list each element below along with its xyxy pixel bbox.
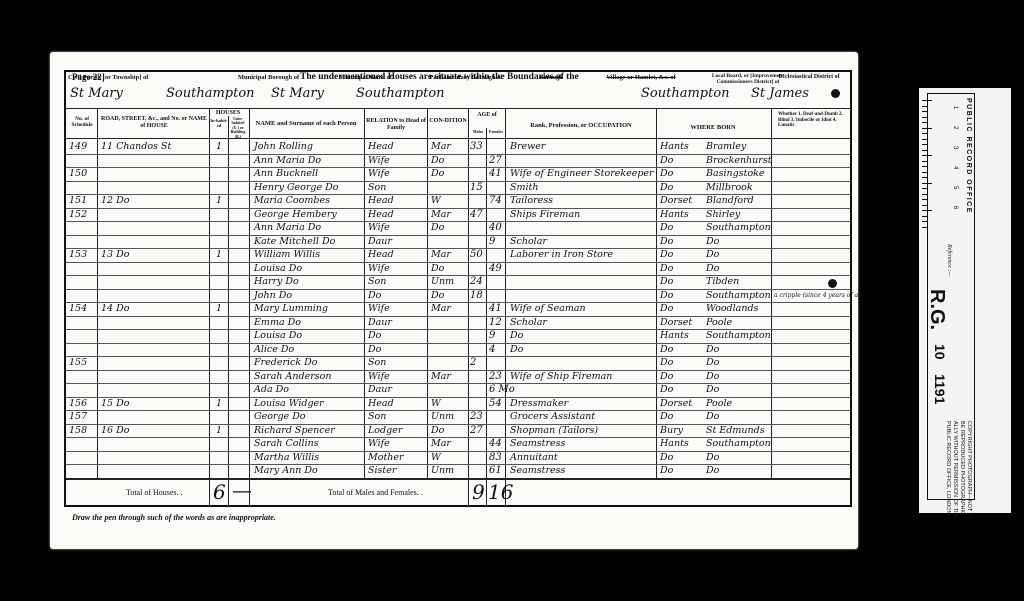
ruler-tick [922, 117, 928, 118]
col-occupation: Rank, Profession, or OCCUPATION [506, 122, 656, 129]
condition-cell: W [431, 194, 441, 208]
total-houses-uninhabited: — [232, 478, 252, 502]
occupation-cell: Wife of Engineer Storekeeper [510, 167, 654, 181]
relation-cell: Son [368, 356, 386, 370]
born-place-cell: Basingstoke [706, 167, 765, 181]
born-county-cell: Hants [660, 329, 689, 343]
born-county-cell: Do [660, 464, 673, 478]
born-place-cell: Do [706, 464, 719, 478]
condition-cell: Do [431, 262, 444, 276]
schedule-cell: 156 [69, 397, 87, 411]
road-cell: 15 Do [101, 397, 129, 411]
born-place-cell: Tibden [706, 275, 739, 289]
female-age-cell: 41 [489, 302, 502, 316]
name-cell: Kate Mitchell Do [254, 235, 335, 249]
row-rule [66, 410, 850, 411]
folio-number: 1191 [932, 374, 948, 404]
name-cell: George Hembery [254, 208, 337, 222]
schedule-cell: 157 [69, 410, 87, 424]
condition-cell: Do [431, 154, 444, 168]
female-age-cell: 40 [489, 221, 502, 235]
scale-cm-label: 2 [952, 126, 958, 129]
relation-cell: Lodger [368, 424, 402, 438]
relation-cell: Daur [368, 383, 392, 397]
inhabited-cell: 1 [216, 424, 222, 438]
female-age-cell: 6 Mo [489, 383, 515, 397]
occupation-cell: Wife of Seaman [510, 302, 586, 316]
relation-cell: Son [368, 181, 386, 195]
name-cell: Frederick Do [254, 356, 317, 370]
female-age-cell: 41 [489, 167, 502, 181]
road-cell: 16 Do [101, 424, 129, 438]
occupation-cell: Tailoress [510, 194, 553, 208]
name-cell: Martha Willis [254, 451, 319, 465]
born-place-cell: Woodlands [706, 302, 758, 316]
header-label-ecclesiastical-district: Ecclesiastical District of [766, 74, 852, 81]
born-county-cell: Do [660, 451, 673, 465]
ruler-tick [922, 106, 928, 107]
municipal-borough-value: Southampton [166, 86, 255, 101]
relation-cell: Head [368, 397, 394, 411]
inhabited-cell: 1 [216, 140, 222, 154]
born-place-cell: Southampton [706, 289, 771, 303]
ruler-tick [922, 133, 928, 134]
parliamentary-borough-value: Southampton [356, 86, 445, 101]
header-label-village: Village or Hamlet, &c. of [586, 74, 696, 81]
relation-cell: Son [368, 410, 386, 424]
scale-cm-label: 5 [952, 186, 958, 189]
occupation-cell: Ships Fireman [510, 208, 580, 222]
female-age-cell: 44 [489, 437, 502, 451]
name-cell: Louisa Widger [254, 397, 324, 411]
infirmity-cell: a cripple (since 4 years of age) [774, 289, 868, 303]
female-age-cell: 74 [489, 194, 502, 208]
schedule-cell: 155 [69, 356, 87, 370]
male-age-cell: 33 [470, 140, 483, 154]
condition-cell: Do [431, 167, 444, 181]
relation-cell: Wife [368, 302, 390, 316]
ruler-tick [922, 144, 928, 145]
inhabited-cell: 1 [216, 194, 222, 208]
ruler-tick [922, 216, 928, 217]
name-cell: Louisa Do [254, 329, 302, 343]
born-place-cell: Millbrook [706, 181, 753, 195]
born-county-cell: Do [660, 248, 673, 262]
inhabited-cell: 1 [216, 302, 222, 316]
ruler-tick [922, 172, 928, 173]
ruler-tick [922, 199, 928, 200]
occupation-cell: Do [510, 343, 523, 357]
row-rule [66, 262, 850, 263]
relation-cell: Wife [368, 370, 390, 384]
ruler-tick [922, 166, 928, 167]
row-rule [66, 383, 850, 384]
female-age-cell: 27 [489, 154, 502, 168]
born-place-cell: Do [706, 235, 719, 249]
condition-cell: Mar [431, 140, 451, 154]
col-condition: CON-DITION [428, 118, 468, 125]
born-county-cell: Hants [660, 140, 689, 154]
inhabited-cell: 1 [216, 397, 222, 411]
born-county-cell: Do [660, 410, 673, 424]
condition-cell: W [431, 451, 441, 465]
inhabited-cell: 1 [216, 248, 222, 262]
relation-cell: Wife [368, 167, 390, 181]
road-cell: 11 Chandos St [101, 140, 171, 154]
born-place-cell: St Edmunds [706, 424, 765, 438]
born-county-cell: Do [660, 343, 673, 357]
ruler-tick [922, 183, 932, 184]
name-cell: Emma Do [254, 316, 301, 330]
total-houses-label: Total of Houses. . [126, 488, 183, 497]
ruler-tick [922, 227, 928, 228]
born-county-cell: Dorset [660, 397, 692, 411]
born-place-cell: Do [706, 248, 719, 262]
occupation-cell: Smith [510, 181, 539, 195]
relation-cell: Wife [368, 221, 390, 235]
reference-frame: PUBLIC RECORD OFFICE Reference :— R.G. 1… [927, 93, 975, 500]
row-rule [66, 397, 850, 398]
relation-cell: Wife [368, 154, 390, 168]
ruler-tick [922, 128, 932, 129]
born-place-cell: Blandford [706, 194, 754, 208]
born-place-cell: Bramley [706, 140, 746, 154]
male-age-cell: 24 [470, 275, 483, 289]
female-age-cell: 23 [489, 370, 502, 384]
schedule-cell: 149 [69, 140, 87, 154]
occupation-cell: Brewer [510, 140, 545, 154]
female-age-cell: 12 [489, 316, 502, 330]
born-place-cell: Do [706, 370, 719, 384]
road-cell: 12 Do [101, 194, 129, 208]
born-place-cell: Poole [706, 316, 732, 330]
name-cell: George Do [254, 410, 306, 424]
condition-cell: Unm [431, 410, 454, 424]
born-county-cell: Do [660, 275, 673, 289]
relation-cell: Wife [368, 262, 390, 276]
female-age-cell: 9 [489, 329, 495, 343]
born-county-cell: Do [660, 154, 673, 168]
female-age-cell: 61 [489, 464, 502, 478]
condition-cell: W [431, 397, 441, 411]
born-county-cell: Do [660, 302, 673, 316]
condition-cell: Unm [431, 464, 454, 478]
born-county-cell: Do [660, 356, 673, 370]
born-place-cell: Southampton [706, 437, 771, 451]
name-cell: Sarah Anderson [254, 370, 331, 384]
ruler-tick [922, 194, 928, 195]
col-inhabited: In-habit-ed [210, 119, 228, 129]
condition-cell: Mar [431, 302, 451, 316]
reference-label: Reference :— [946, 244, 952, 277]
total-males: 9 [472, 480, 485, 504]
occupation-cell: Scholar [510, 235, 547, 249]
born-place-cell: Shirley [706, 208, 740, 222]
schedule-cell: 154 [69, 302, 87, 316]
relation-cell: Do [368, 343, 381, 357]
ruler-tick [922, 111, 928, 112]
male-age-cell: 23 [470, 410, 483, 424]
schedule-cell: 150 [69, 167, 87, 181]
born-county-cell: Dorset [660, 316, 692, 330]
name-cell: Louisa Do [254, 262, 302, 276]
relation-cell: Daur [368, 235, 392, 249]
born-county-cell: Hants [660, 208, 689, 222]
name-cell: Ann Bucknell [254, 167, 318, 181]
male-age-cell: 2 [470, 356, 476, 370]
census-page: Page 22] The undermentioned Houses are s… [50, 52, 858, 549]
female-age-cell: 4 [489, 343, 495, 357]
scale-cm-label: 1 [952, 106, 958, 109]
occupation-cell: Dressmaker [510, 397, 568, 411]
relation-cell: Do [368, 289, 381, 303]
ruler-tick [922, 139, 928, 140]
male-age-cell: 50 [470, 248, 483, 262]
reference-strip: PUBLIC RECORD OFFICE Reference :— R.G. 1… [919, 88, 1011, 513]
occupation-cell: Wife of Ship Fireman [510, 370, 612, 384]
col-males: Males [469, 130, 487, 134]
name-cell: Mary Lumming [254, 302, 328, 316]
condition-cell: Do [431, 221, 444, 235]
born-place-cell: Southampton [706, 221, 771, 235]
piece-number: 10 [932, 344, 948, 360]
relation-cell: Sister [368, 464, 396, 478]
name-cell: Ann Maria Do [254, 221, 321, 235]
born-place-cell: Poole [706, 397, 732, 411]
name-cell: Ada Do [254, 383, 289, 397]
relation-cell: Head [368, 194, 394, 208]
footnote: Draw the pen through such of the words a… [72, 513, 276, 522]
born-county-cell: Do [660, 235, 673, 249]
male-age-cell: 27 [470, 424, 483, 438]
record-office-label: PUBLIC RECORD OFFICE [965, 98, 972, 214]
copyright-notice: COPYRIGHT PHOTOGRAPH—NOT TO BE REPRODUCE… [944, 421, 972, 520]
schedule-cell: 151 [69, 194, 87, 208]
relation-cell: Daur [368, 316, 392, 330]
relation-cell: Head [368, 208, 394, 222]
total-houses-inhabited: 6 [213, 480, 226, 504]
occupation-cell: Grocers Assistant [510, 410, 595, 424]
ruler-tick [922, 177, 928, 178]
header-label-civil-parish: Civil Parish [or Township] of [68, 74, 218, 81]
condition-cell: Mar [431, 437, 451, 451]
col-uninhabited: Unin-habited (U.) or Building (B.) [228, 117, 248, 139]
male-age-cell: 47 [470, 208, 483, 222]
row-rule [66, 464, 850, 465]
ecclesiastical-district-value: St James [751, 86, 809, 101]
header-label-parliamentary-borough: Parliamentary Borough of [416, 74, 516, 81]
col-age: AGE of [469, 112, 505, 119]
born-county-cell: Dorset [660, 194, 692, 208]
civil-parish-value: St Mary [70, 86, 123, 101]
born-place-cell: Do [706, 356, 719, 370]
occupation-cell: Annuitant [510, 451, 558, 465]
female-age-cell: 9 [489, 235, 495, 249]
municipal-ward-value: St Mary [271, 86, 324, 101]
ruler-tick [922, 150, 928, 151]
female-age-cell: 83 [489, 451, 502, 465]
occupation-cell: Seamstress [510, 437, 565, 451]
total-persons-label: Total of Males and Females. . [328, 488, 423, 497]
schedule-cell: 158 [69, 424, 87, 438]
occupation-cell: Laborer in Iron Store [510, 248, 613, 262]
born-county-cell: Do [660, 262, 673, 276]
name-cell: William Willis [254, 248, 320, 262]
born-county-cell: Do [660, 289, 673, 303]
occupation-cell: Shopman (Tailors) [510, 424, 598, 438]
series-code: R.G. [925, 289, 948, 330]
born-county-cell: Bury [660, 424, 683, 438]
name-cell: Richard Spencer [254, 424, 335, 438]
relation-cell: Wife [368, 437, 390, 451]
name-cell: Henry George Do [254, 181, 338, 195]
relation-cell: Do [368, 329, 381, 343]
born-county-cell: Hants [660, 437, 689, 451]
header-label-municipal-borough: Municipal Borough of [221, 74, 316, 81]
born-place-cell: Do [706, 451, 719, 465]
row-rule [66, 370, 850, 371]
col-females: Females [487, 130, 505, 134]
born-county-cell: Do [660, 181, 673, 195]
condition-cell: Mar [431, 208, 451, 222]
relation-cell: Head [368, 248, 394, 262]
condition-cell: Do [431, 424, 444, 438]
condition-cell: Do [431, 289, 444, 303]
ruler-tick [922, 100, 932, 101]
row-rule [66, 356, 850, 357]
ruler-tick [922, 155, 932, 156]
ruler-tick [922, 210, 932, 211]
born-county-cell: Do [660, 167, 673, 181]
born-county-cell: Do [660, 221, 673, 235]
name-cell: John Rolling [254, 140, 313, 154]
name-cell: Harry Do [254, 275, 299, 289]
male-age-cell: 15 [470, 181, 483, 195]
scale-cm-label: 3 [952, 146, 958, 149]
col-relation: RELATION to Head of Family [366, 118, 426, 131]
row-rule [66, 248, 850, 249]
born-place-cell: Do [706, 262, 719, 276]
header-label-municipal-ward: Municipal Ward of [318, 74, 413, 81]
born-place-cell: Brockenhurst [706, 154, 772, 168]
born-county-cell: Do [660, 383, 673, 397]
ruler-tick [922, 122, 928, 123]
total-females: 16 [488, 480, 513, 504]
relation-cell: Son [368, 275, 386, 289]
born-place-cell: Do [706, 343, 719, 357]
name-cell: Mary Ann Do [254, 464, 318, 478]
col-schedule: No. of Schedule [67, 116, 97, 128]
female-age-cell: 54 [489, 397, 502, 411]
road-cell: 14 Do [101, 302, 129, 316]
col-name: NAME and Surname of each Person [251, 120, 361, 127]
occupation-cell: Seamstress [510, 464, 565, 478]
ruler-tick [922, 161, 928, 162]
relation-cell: Head [368, 140, 394, 154]
condition-cell: Mar [431, 248, 451, 262]
occupation-cell: Scholar [510, 316, 547, 330]
scale-cm-label: 4 [952, 166, 958, 169]
born-place-cell: Do [706, 410, 719, 424]
col-where-born: WHERE BORN [658, 124, 768, 131]
condition-cell: Unm [431, 275, 454, 289]
ruler-tick [922, 221, 928, 222]
born-county-cell: Do [660, 370, 673, 384]
name-cell: Maria Coombes [254, 194, 330, 208]
road-cell: 13 Do [101, 248, 129, 262]
relation-cell: Mother [368, 451, 404, 465]
binding-hole [831, 89, 840, 98]
born-place-cell: Southampton [706, 329, 771, 343]
male-age-cell: 18 [470, 289, 483, 303]
female-age-cell: 49 [489, 262, 502, 276]
header-label-borough: Borough [516, 74, 586, 81]
census-table: Civil Parish [or Township] of Municipal … [64, 70, 852, 507]
name-cell: John Do [254, 289, 292, 303]
ruler-tick [922, 205, 928, 206]
col-road: ROAD, STREET, &c., and No. or NAME of HO… [99, 116, 209, 129]
name-cell: Alice Do [254, 343, 294, 357]
schedule-cell: 153 [69, 248, 87, 262]
local-board-value: Southampton [641, 86, 730, 101]
schedule-cell: 152 [69, 208, 87, 222]
name-cell: Ann Maria Do [254, 154, 321, 168]
col-infirmity: Whether 1. Deaf-and-Dumb 2. Blind 3. Imb… [778, 112, 848, 129]
born-place-cell: Do [706, 383, 719, 397]
condition-cell: Mar [431, 370, 451, 384]
name-cell: Sarah Collins [254, 437, 319, 451]
scale-cm-label: 6 [952, 206, 958, 209]
ruler-tick [922, 188, 928, 189]
occupation-cell: Do [510, 329, 523, 343]
binding-hole [828, 279, 837, 288]
